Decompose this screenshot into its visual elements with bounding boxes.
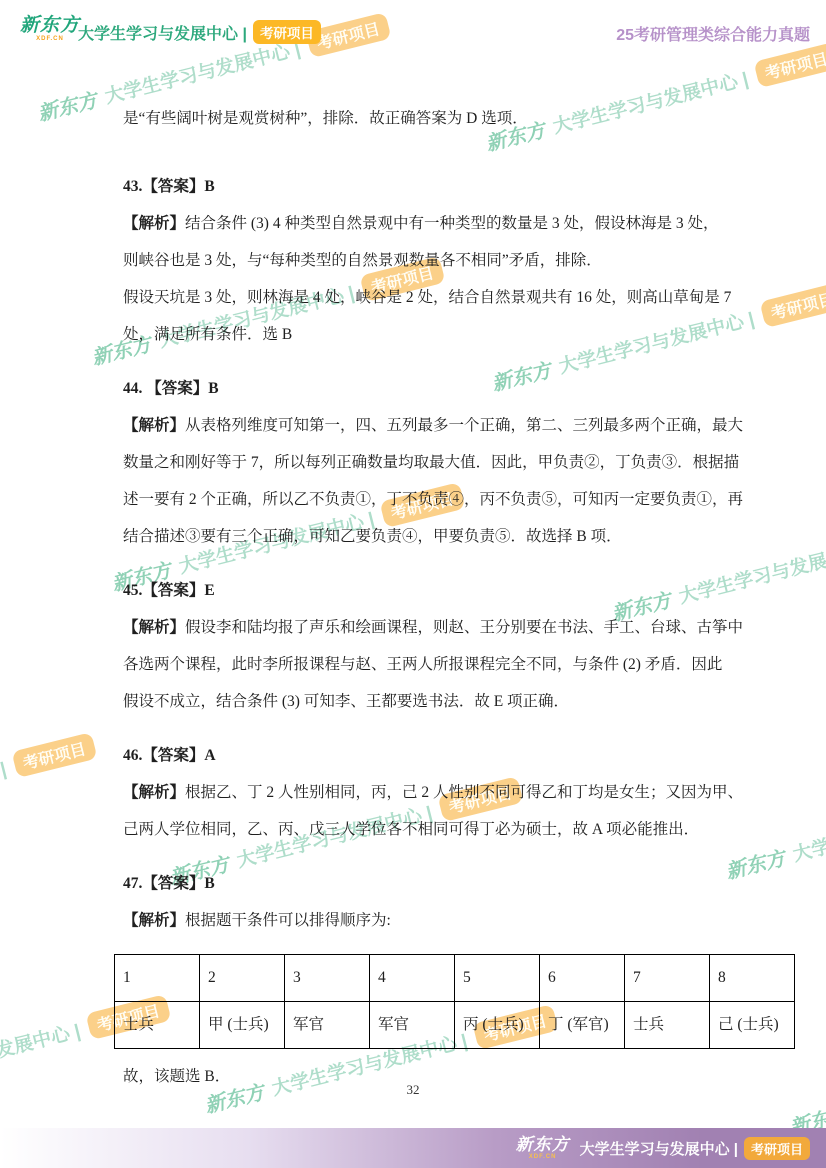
analysis-line: 数量之和刚好等于 7，所以每列正确数量均取最大值．因此，甲负责②，丁负责③．根据… (123, 444, 709, 481)
analysis-line: 各选两个课程，此时李所报课程与赵、王两人所报课程完全不同，与条件 (2) 矛盾．… (123, 646, 709, 683)
analysis-line: 己两人学位相同，乙、丙、戊三人学位各不相同可得丁必为硕士，故 A 项必能推出． (123, 811, 709, 848)
page-number: 32 (0, 1082, 826, 1098)
order-table-cell: 丙 (士兵) (455, 1002, 540, 1049)
watermark: 新东方大学生学习与发展中心 |考研项目 (0, 731, 97, 846)
answer-heading: 43.【答案】B (123, 168, 709, 205)
analysis-line: 结合描述③要有三个正确，可知乙要负责④，甲要负责⑤．故选择 B 项． (123, 518, 709, 555)
analysis-line: 【解析】结合条件 (3) 4 种类型自然景观中有一种类型的数量是 3 处，假设林… (123, 205, 709, 242)
analysis-line: 【解析】根据题干条件可以排得顺序为: (123, 902, 709, 939)
document-page: 新东方大学生学习与发展中心 |考研项目新东方大学生学习与发展中心 |考研项目新东… (0, 0, 826, 1168)
watermark-logo-text: 新东方 (34, 84, 99, 127)
brand-logo: 新东方 XDF.CN (20, 16, 80, 42)
order-table-header-cell: 7 (625, 955, 710, 1002)
analysis-text: 结合条件 (3) 4 种类型自然景观中有一种类型的数量是 3 处，假设林海是 3… (185, 215, 718, 232)
footer-logo-subtext: XDF.CN (529, 1154, 557, 1160)
watermark-logo-text: 新东方 (722, 842, 787, 885)
brand-logo-subtext: XDF.CN (36, 36, 64, 42)
footer-program-badge: 考研项目 (744, 1137, 810, 1160)
analysis-label: 【解析】 (123, 912, 185, 929)
analysis-line: 【解析】从表格列维度可知第一，四、五列最多一个正确，第二、三列最多两个正确，最大 (123, 407, 709, 444)
analysis-line: 处，满足所有条件．选 B (123, 316, 709, 353)
page-footer: 新东方 XDF.CN 大学生学习与发展中心 | 考研项目 (0, 1128, 826, 1168)
document-title: 25考研管理类综合能力真题 (616, 22, 810, 45)
answer-heading: 45.【答案】E (123, 572, 709, 609)
page-header: 新东方 XDF.CN 大学生学习与发展中心 |考研项目 25考研管理类综合能力真… (0, 14, 826, 54)
answer-section-47: 47.【答案】B 【解析】根据题干条件可以排得顺序为: (123, 865, 709, 939)
answer-section-43: 43.【答案】B 【解析】结合条件 (3) 4 种类型自然景观中有一种类型的数量… (123, 168, 709, 353)
order-table-header-cell: 2 (200, 955, 285, 1002)
answer-heading: 44. 【答案】B (123, 370, 709, 407)
analysis-text: 根据乙、丁 2 人性别相同，丙，己 2 人性别不同可得乙和丁均是女生；又因为甲、 (185, 784, 743, 801)
analysis-label: 【解析】 (123, 784, 185, 801)
order-table-header-cell: 5 (455, 955, 540, 1002)
footer-logo-text: 新东方 (516, 1136, 570, 1153)
order-table: 1 2 3 4 5 6 7 8 士兵 甲 (士兵) 军官 军官 丙 (士兵) 丁… (114, 954, 795, 1049)
watermark-text: 大学生学习与发展中心 | (790, 792, 826, 867)
answer-content: 是“有些阔叶树是观赏树种”，排除．故正确答案为 D 选项． 43.【答案】B 【… (123, 100, 709, 1095)
watermark-text: 大学生学习与发展中心 | (0, 1016, 83, 1091)
analysis-label: 【解析】 (123, 417, 185, 434)
analysis-line: 假设不成立，结合条件 (3) 可知李、王都要选书法．故 E 项正确． (123, 683, 709, 720)
answer-heading: 46.【答案】A (123, 737, 709, 774)
order-table-cell: 丁 (军官) (540, 1002, 625, 1049)
order-table-header-cell: 8 (710, 955, 795, 1002)
order-table-cell: 军官 (285, 1002, 370, 1049)
analysis-line: 假设天坑是 3 处，则林海是 4 处，峡谷是 2 处，结合自然景观共有 16 处… (123, 279, 709, 316)
watermark-text: 大学生学习与发展中心 | (0, 754, 9, 829)
order-table-value-row: 士兵 甲 (士兵) 军官 军官 丙 (士兵) 丁 (军官) 士兵 己 (士兵) (115, 1002, 795, 1049)
order-table-cell: 己 (士兵) (710, 1002, 795, 1049)
order-table-header-cell: 1 (115, 955, 200, 1002)
analysis-text: 从表格列维度可知第一，四、五列最多一个正确，第二、三列最多两个正确，最大 (185, 417, 743, 434)
analysis-line: 述一要有 2 个正确，所以乙不负责①，丁不负责④，丙不负责⑤，可知丙一定要负责①… (123, 481, 709, 518)
answer-heading: 47.【答案】B (123, 865, 709, 902)
watermark-badge: 考研项目 (759, 282, 826, 328)
analysis-text: 根据题干条件可以排得顺序为: (185, 912, 391, 929)
footer-logo: 新东方 XDF.CN (516, 1136, 570, 1160)
answer-section-44: 44. 【答案】B 【解析】从表格列维度可知第一，四、五列最多一个正确，第二、三… (123, 370, 709, 555)
header-department-text: 大学生学习与发展中心 | (78, 26, 247, 43)
answer-section-46: 46.【答案】A 【解析】根据乙、丁 2 人性别相同，丙，己 2 人性别不同可得… (123, 737, 709, 848)
header-department: 大学生学习与发展中心 |考研项目 (78, 20, 321, 44)
analysis-label: 【解析】 (123, 619, 185, 636)
order-table-cell: 甲 (士兵) (200, 1002, 285, 1049)
brand-logo-text: 新东方 (20, 16, 80, 35)
carryover-line: 是“有些阔叶树是观赏树种”，排除．故正确答案为 D 选项． (123, 100, 709, 137)
analysis-line: 【解析】假设李和陆均报了声乐和绘画课程，则赵、王分别要在书法、手工、台球、古筝中 (123, 609, 709, 646)
order-table-header-cell: 6 (540, 955, 625, 1002)
order-table-header-cell: 4 (370, 955, 455, 1002)
watermark-badge: 考研项目 (11, 732, 97, 778)
analysis-label: 【解析】 (123, 215, 185, 232)
footer-department-text: 大学生学习与发展中心 | (580, 1138, 738, 1159)
analysis-line: 则峡谷也是 3 处，与“每种类型的自然景观数量各不相同”矛盾，排除． (123, 242, 709, 279)
order-table-header-cell: 3 (285, 955, 370, 1002)
order-table-cell: 士兵 (115, 1002, 200, 1049)
analysis-text: 假设李和陆均报了声乐和绘画课程，则赵、王分别要在书法、手工、台球、古筝中 (185, 619, 743, 636)
header-program-badge: 考研项目 (253, 20, 321, 44)
order-table-cell: 军官 (370, 1002, 455, 1049)
order-table-cell: 士兵 (625, 1002, 710, 1049)
footer-brand-block: 新东方 XDF.CN 大学生学习与发展中心 | 考研项目 (516, 1128, 810, 1168)
answer-section-45: 45.【答案】E 【解析】假设李和陆均报了声乐和绘画课程，则赵、王分别要在书法、… (123, 572, 709, 720)
order-table-header-row: 1 2 3 4 5 6 7 8 (115, 955, 795, 1002)
analysis-line: 【解析】根据乙、丁 2 人性别相同，丙，己 2 人性别不同可得乙和丁均是女生；又… (123, 774, 709, 811)
